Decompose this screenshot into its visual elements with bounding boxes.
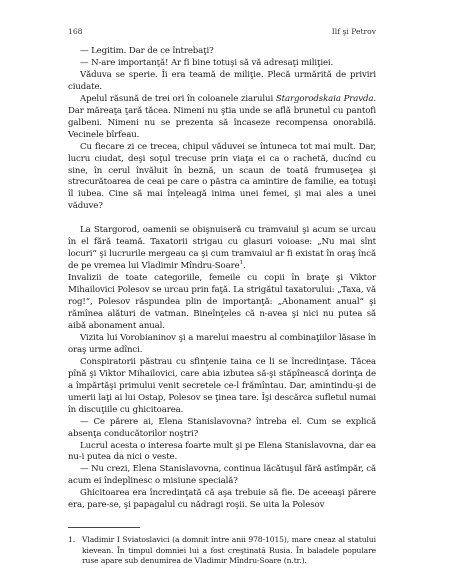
paragraph: — Ce părere ai, Elena Stanislavovna? înt… [68, 417, 376, 441]
newspaper-title: Stargorodskaia Pravda [276, 94, 374, 104]
paragraph: La Stargorod, oamenii se obişnuiseră cu … [68, 225, 376, 273]
footnote: 1. Vladimir I Sviatoslavici (a domnit în… [68, 535, 376, 567]
paragraph: — Nu crezi, Elena Stanislavovna, continu… [68, 464, 376, 488]
paragraph: Cu fiecare zi ce trecea, chipul văduvei … [68, 142, 376, 214]
paragraph: Apelul răsună de trei ori în coloanele z… [68, 94, 376, 142]
paragraph: Invalizii de toate categoriile, femeile … [68, 273, 376, 333]
footnotes: 1. Vladimir I Sviatoslavici (a domnit în… [68, 535, 376, 567]
paragraph: Ghicitoarea era încredinţată că aşa treb… [68, 488, 376, 512]
paragraph: — Legitim. Dar de ce întrebaţi? [68, 46, 376, 58]
paragraph: Conspiratorii păstrau cu sfinţenie taina… [68, 357, 376, 417]
paragraph: — N-are importanţă! Ar fi bine totuşi să… [68, 58, 376, 70]
paragraph: Văduva se sperie. Îi era teamă de miliţi… [68, 70, 376, 94]
paragraph: Vizita lui Vorobianinov şi a marelui mae… [68, 333, 376, 357]
running-head: 168 Ilf şi Petrov [68, 26, 376, 38]
book-page: 168 Ilf şi Petrov — Legitim. Dar de ce î… [68, 26, 376, 567]
page-number: 168 [68, 26, 83, 38]
text-span: . [243, 261, 246, 271]
text-span: Apelul răsună de trei ori în coloanele z… [80, 94, 276, 104]
footnote-text: Vladimir I Sviatoslavici (a domnit între… [82, 535, 376, 567]
body-text: — Legitim. Dar de ce întrebaţi? — N-are … [68, 46, 376, 512]
paragraph: Lucrul acesta o interesa foarte mult şi … [68, 441, 376, 465]
running-title: Ilf şi Petrov [332, 26, 376, 38]
text-span: La Stargorod, oamenii se obişnuiseră cu … [68, 225, 376, 271]
footnote-number: 1. [68, 535, 82, 567]
footnote-divider [68, 527, 140, 528]
